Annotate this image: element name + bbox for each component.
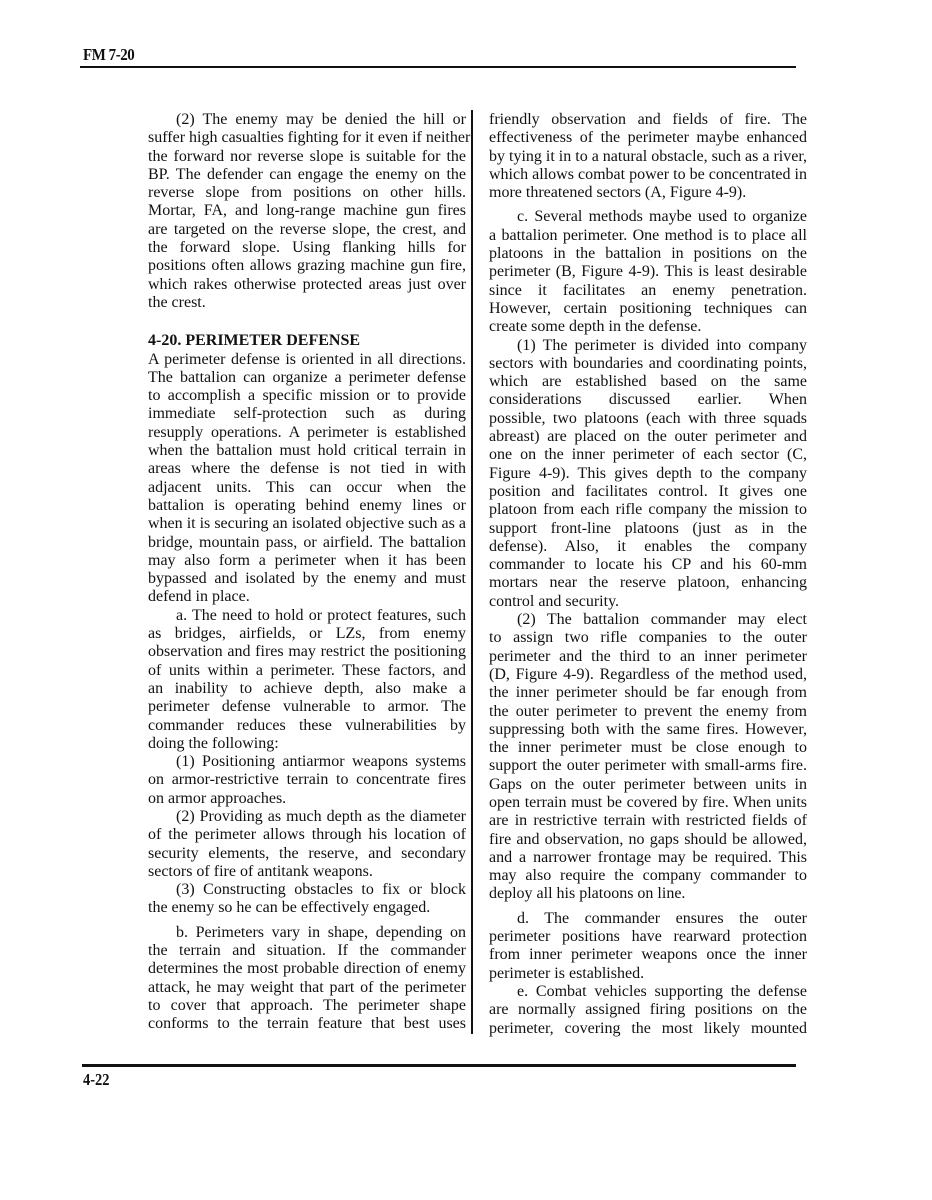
text-line: the forward nor reverse slope is suitabl… bbox=[148, 148, 466, 166]
text-line: by tying it in to a natural obstacle, su… bbox=[489, 148, 807, 166]
text-line: on armor approaches. bbox=[148, 790, 466, 808]
text-line: may also form a perimeter when it has be… bbox=[148, 552, 466, 570]
text-line: (2) Providing as much depth as the diame… bbox=[148, 808, 466, 826]
text-line: on armor-restrictive terrain to concentr… bbox=[148, 771, 466, 789]
page-header-title: FM 7-20 bbox=[83, 45, 134, 65]
text-line: positions often allows grazing machine g… bbox=[148, 257, 466, 275]
text-line: d. The commander ensures the outer bbox=[489, 910, 807, 928]
text-line: are targeted on the reverse slope, the c… bbox=[148, 221, 466, 239]
text-line: the crest. bbox=[148, 294, 466, 312]
text-line: abreast) are placed on the outer perimet… bbox=[489, 428, 807, 446]
text-line: suppressing both with the same fires. Ho… bbox=[489, 721, 807, 739]
text-line: a battalion perimeter. One method is to … bbox=[489, 227, 807, 245]
text-line: when it is securing an isolated objectiv… bbox=[148, 515, 466, 533]
text-line: (1) Positioning antiarmor weapons system… bbox=[148, 753, 466, 771]
text-line: However, certain positioning techniques … bbox=[489, 300, 807, 318]
paragraph-para-a: a. The need to hold or protect features,… bbox=[148, 607, 466, 753]
text-line: resupply operations. A perimeter is esta… bbox=[148, 424, 466, 442]
text-line: from inner perimeter weapons once the in… bbox=[489, 946, 807, 964]
text-line: a. The need to hold or protect features,… bbox=[148, 607, 466, 625]
text-line: control and security. bbox=[489, 593, 807, 611]
text-line: (D, Figure 4-9). Regardless of the metho… bbox=[489, 666, 807, 684]
text-line: e. Combat vehicles supporting the defens… bbox=[489, 983, 807, 1001]
text-line: support the outer perimeter with small-a… bbox=[489, 757, 807, 775]
text-line: one on the inner perimeter of each secto… bbox=[489, 446, 807, 464]
text-line: commander reduces these vulnerabilities … bbox=[148, 717, 466, 735]
text-line: suffer high casualties fighting for it e… bbox=[148, 129, 466, 147]
text-line: defense). Also, it enables the company bbox=[489, 538, 807, 556]
text-line: reverse slope from positions on other hi… bbox=[148, 184, 466, 202]
paragraph-para-c2: (2) The battalion commander may electto … bbox=[489, 611, 807, 904]
text-line: deploy all his platoons on line. bbox=[489, 885, 807, 903]
text-line: of units within a perimeter. These facto… bbox=[148, 662, 466, 680]
text-line: A perimeter defense is oriented in all d… bbox=[148, 351, 466, 369]
text-line: fire and observation, no gaps should be … bbox=[489, 831, 807, 849]
text-line: bridge, mountain pass, or airfield. The … bbox=[148, 534, 466, 552]
text-line: considerations discussed earlier. When bbox=[489, 391, 807, 409]
paragraph-para-a2: (2) Providing as much depth as the diame… bbox=[148, 808, 466, 881]
text-line: more threatened sectors (A, Figure 4-9). bbox=[489, 184, 807, 202]
paragraph-para-b-cont: friendly observation and fields of fire.… bbox=[489, 111, 807, 202]
text-line: and a narrower frontage may be required.… bbox=[489, 849, 807, 867]
left-column: (2) The enemy may be denied the hill ors… bbox=[148, 111, 466, 1034]
text-line: perimeter, covering the most likely moun… bbox=[489, 1020, 807, 1038]
text-line: friendly observation and fields of fire.… bbox=[489, 111, 807, 129]
text-line: sectors with boundaries and coordinating… bbox=[489, 355, 807, 373]
text-line: Mortar, FA, and long-range machine gun f… bbox=[148, 202, 466, 220]
text-line: are in restrictive terrain with restrict… bbox=[489, 812, 807, 830]
column-divider bbox=[471, 110, 473, 1034]
text-line: Gaps on the outer perimeter between unit… bbox=[489, 776, 807, 794]
paragraph-para-c: c. Several methods maybe used to organiz… bbox=[489, 208, 807, 336]
text-line: the outer perimeter to prevent the enemy… bbox=[489, 703, 807, 721]
text-line: attack, he may weight that part of the p… bbox=[148, 979, 466, 997]
text-line: immediate self-protection such as during bbox=[148, 405, 466, 423]
text-line: possible, two platoons (each with three … bbox=[489, 410, 807, 428]
right-column: friendly observation and fields of fire.… bbox=[489, 111, 807, 1038]
text-line: the inner perimeter should be far enough… bbox=[489, 684, 807, 702]
text-line: the forward slope. Using flanking hills … bbox=[148, 239, 466, 257]
text-line: (1) The perimeter is divided into compan… bbox=[489, 337, 807, 355]
text-line: platoon from each rifle company the miss… bbox=[489, 501, 807, 519]
text-line: of the perimeter allows through his loca… bbox=[148, 826, 466, 844]
paragraph-para-a1: (1) Positioning antiarmor weapons system… bbox=[148, 753, 466, 808]
text-line: which allows combat power to be concentr… bbox=[489, 166, 807, 184]
text-line: adjacent units. This can occur when the bbox=[148, 479, 466, 497]
text-line: defend in place. bbox=[148, 588, 466, 606]
text-line: to cover that approach. The perimeter sh… bbox=[148, 997, 466, 1015]
paragraph-para-intro: A perimeter defense is oriented in all d… bbox=[148, 351, 466, 607]
text-line: conforms to the terrain feature that bes… bbox=[148, 1015, 466, 1033]
text-line: (2) The enemy may be denied the hill or bbox=[148, 111, 466, 129]
text-line: observation and fires may restrict the p… bbox=[148, 643, 466, 661]
text-line: determines the most probable direction o… bbox=[148, 960, 466, 978]
text-line: as bridges, airfields, or LZs, from enem… bbox=[148, 625, 466, 643]
text-line: (3) Constructing obstacles to fix or blo… bbox=[148, 881, 466, 899]
text-line: perimeter and the third to an inner peri… bbox=[489, 648, 807, 666]
text-line: bypassed and isolated by the enemy and m… bbox=[148, 570, 466, 588]
paragraph-para-d: d. The commander ensures the outerperime… bbox=[489, 910, 807, 983]
text-line: support front-line platoons (just as in … bbox=[489, 520, 807, 538]
text-line: are normally assigned firing positions o… bbox=[489, 1001, 807, 1019]
text-line: may also require the company commander t… bbox=[489, 867, 807, 885]
text-line: platoons in the battalion in positions o… bbox=[489, 245, 807, 263]
footer-rule bbox=[82, 1064, 796, 1067]
text-line: the enemy so he can be effectively engag… bbox=[148, 899, 466, 917]
text-line: the inner perimeter must be close enough… bbox=[489, 739, 807, 757]
text-line: security elements, the reserve, and seco… bbox=[148, 845, 466, 863]
text-line: areas where the defense is not tied in w… bbox=[148, 460, 466, 478]
text-line: BP. The defender can engage the enemy on… bbox=[148, 166, 466, 184]
text-line: Figure 4-9). This gives depth to the com… bbox=[489, 465, 807, 483]
paragraph-para-e: e. Combat vehicles supporting the defens… bbox=[489, 983, 807, 1038]
text-line: perimeter (B, Figure 4-9). This is least… bbox=[489, 263, 807, 281]
text-line: doing the following: bbox=[148, 735, 466, 753]
text-line: mortars near the reserve platoon, enhanc… bbox=[489, 574, 807, 592]
text-line: an inability to achieve depth, also make… bbox=[148, 680, 466, 698]
text-line: the terrain and situation. If the comman… bbox=[148, 942, 466, 960]
text-line: to assign two rifle companies to the out… bbox=[489, 629, 807, 647]
text-line: perimeter is established. bbox=[489, 965, 807, 983]
text-line: which are established based on the same bbox=[489, 373, 807, 391]
text-line: effectiveness of the perimeter maybe enh… bbox=[489, 129, 807, 147]
text-line: c. Several methods maybe used to organiz… bbox=[489, 208, 807, 226]
section-heading: 4-20. PERIMETER DEFENSE bbox=[148, 332, 466, 350]
text-line: create some depth in the defense. bbox=[489, 318, 807, 336]
text-line: since it facilitates an enemy penetratio… bbox=[489, 282, 807, 300]
text-line: which rakes otherwise protected areas ju… bbox=[148, 276, 466, 294]
paragraph-para-hill: (2) The enemy may be denied the hill ors… bbox=[148, 111, 466, 312]
text-line: open terrain must be covered by fire. Wh… bbox=[489, 794, 807, 812]
text-line: to accomplish a specific mission or to p… bbox=[148, 387, 466, 405]
text-line: sectors of fire of antitank weapons. bbox=[148, 863, 466, 881]
text-line: position and facilitates control. It giv… bbox=[489, 483, 807, 501]
paragraph-para-c1: (1) The perimeter is divided into compan… bbox=[489, 337, 807, 611]
text-line: perimeter positions have rearward protec… bbox=[489, 928, 807, 946]
text-line: perimeter defense vulnerable to armor. T… bbox=[148, 698, 466, 716]
text-line: b. Perimeters vary in shape, depending o… bbox=[148, 924, 466, 942]
header-rule bbox=[80, 66, 796, 68]
text-line: (2) The battalion commander may elect bbox=[489, 611, 807, 629]
text-line: The battalion can organize a perimeter d… bbox=[148, 369, 466, 387]
paragraph-para-b: b. Perimeters vary in shape, depending o… bbox=[148, 924, 466, 1034]
text-line: when the battalion must hold critical te… bbox=[148, 442, 466, 460]
text-line: commander to locate his CP and his 60-mm bbox=[489, 556, 807, 574]
text-line: battalion is operating behind enemy line… bbox=[148, 497, 466, 515]
paragraph-para-a3: (3) Constructing obstacles to fix or blo… bbox=[148, 881, 466, 918]
page-number: 4-22 bbox=[83, 1070, 109, 1090]
